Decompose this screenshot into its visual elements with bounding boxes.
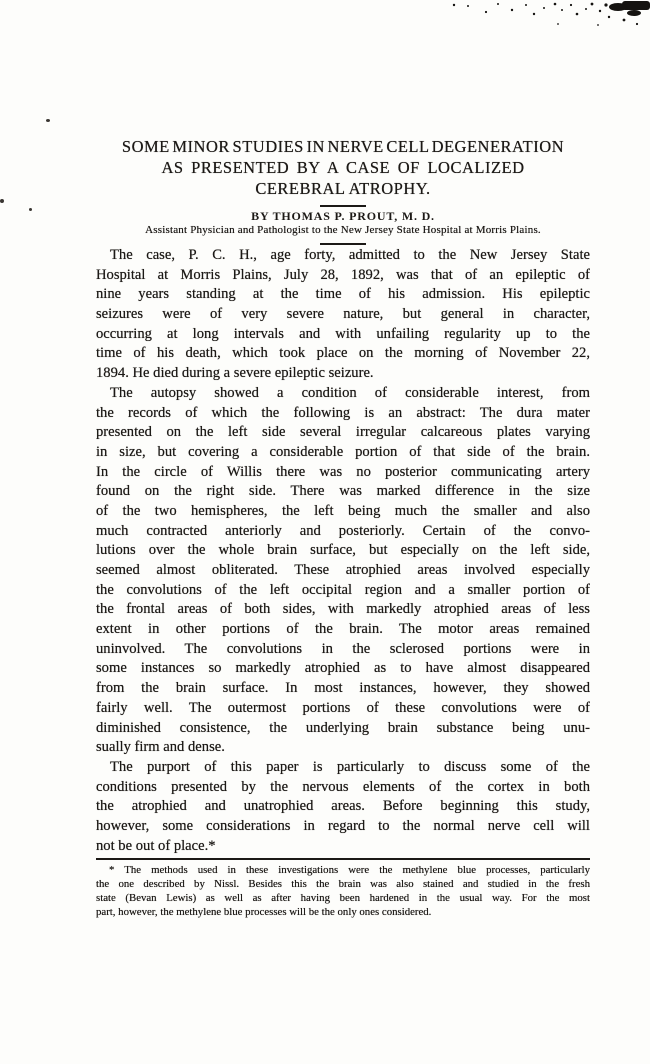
footnote-line: the one described by Nissl. Besides this…: [96, 878, 590, 892]
divider-rule-bottom: [320, 243, 366, 245]
body-line: Hospital at Morris Plains, July 28, 1892…: [96, 266, 590, 286]
body-line: uninvolved. The convolutions in the scle…: [96, 640, 590, 660]
body-line: found on the right side. There was marke…: [96, 482, 590, 502]
body-line: some instances so markedly atrophied as …: [96, 659, 590, 679]
body-line: fairly well. The outermost portions of t…: [96, 699, 590, 719]
body-line: presented on the left side several irreg…: [96, 423, 590, 443]
author-affiliation: Assistant Physician and Pathologist to t…: [96, 224, 590, 236]
scan-noise-top-right: [438, 0, 650, 36]
divider-rule-top: [320, 205, 366, 207]
ink-speck: [29, 208, 32, 211]
article-title-line: AS PRESENTED BY A CASE OF LOCALIZED: [96, 157, 590, 178]
footnote-line: * The methods used in these investigatio…: [96, 864, 590, 878]
body-line: extent in other portions of the brain. T…: [96, 620, 590, 640]
article-title: SOME MINOR STUDIES IN NERVE CELL DEGENER…: [96, 136, 590, 199]
article-title-line: SOME MINOR STUDIES IN NERVE CELL DEGENER…: [96, 136, 590, 157]
article-title-line: CEREBRAL ATROPHY.: [96, 178, 590, 199]
body-line: 1894. He died during a severe epileptic …: [96, 364, 590, 384]
body-line: diminished consistence, the underlying b…: [96, 719, 590, 739]
body-line: much contracted anteriorly and posterior…: [96, 522, 590, 542]
body-line: seemed almost obliterated. These atrophi…: [96, 561, 590, 581]
body-line: conditions presented by the nervous elem…: [96, 778, 590, 798]
body-line: seizures were of very severe nature, but…: [96, 305, 590, 325]
footnote-line: part, however, the methylene blue proces…: [96, 906, 590, 920]
body-line: the atrophied and unatrophied areas. Bef…: [96, 797, 590, 817]
body-line: nine years standing at the time of his a…: [96, 285, 590, 305]
scanned-journal-page: SOME MINOR STUDIES IN NERVE CELL DEGENER…: [0, 0, 650, 1064]
article-body: The case, P. C. H., age forty, admitted …: [96, 246, 590, 856]
body-line: not be out of place.*: [96, 837, 590, 857]
body-line: The case, P. C. H., age forty, admitted …: [96, 246, 590, 266]
body-line: however, some considerations in regard t…: [96, 817, 590, 837]
body-line: of the two hemispheres, the left being m…: [96, 502, 590, 522]
body-line: The autopsy showed a condition of consid…: [96, 384, 590, 404]
body-line: from the brain surface. In most instance…: [96, 679, 590, 699]
byline: BY THOMAS P. PROUT, M. D.: [96, 209, 590, 224]
body-line: the frontal areas of both sides, with ma…: [96, 600, 590, 620]
body-line: sually firm and dense.: [96, 738, 590, 758]
ink-speck: [46, 119, 50, 122]
footnote-line: state (Bevan Lewis) as well as after hav…: [96, 892, 590, 906]
footnote: * The methods used in these investigatio…: [96, 864, 590, 920]
body-line: time of his death, which took place on t…: [96, 344, 590, 364]
body-line: In the circle of Willis there was no pos…: [96, 463, 590, 483]
body-line: the convolutions of the left occipital r…: [96, 581, 590, 601]
ink-speck: [0, 199, 4, 203]
body-line: in size, but covering a considerable por…: [96, 443, 590, 463]
body-line: occurring at long intervals and with unf…: [96, 325, 590, 345]
body-line: the records of which the following is an…: [96, 404, 590, 424]
body-line: The purport of this paper is particularl…: [96, 758, 590, 778]
footnote-separator-rule: [96, 858, 590, 860]
body-line: lutions over the whole brain surface, bu…: [96, 541, 590, 561]
